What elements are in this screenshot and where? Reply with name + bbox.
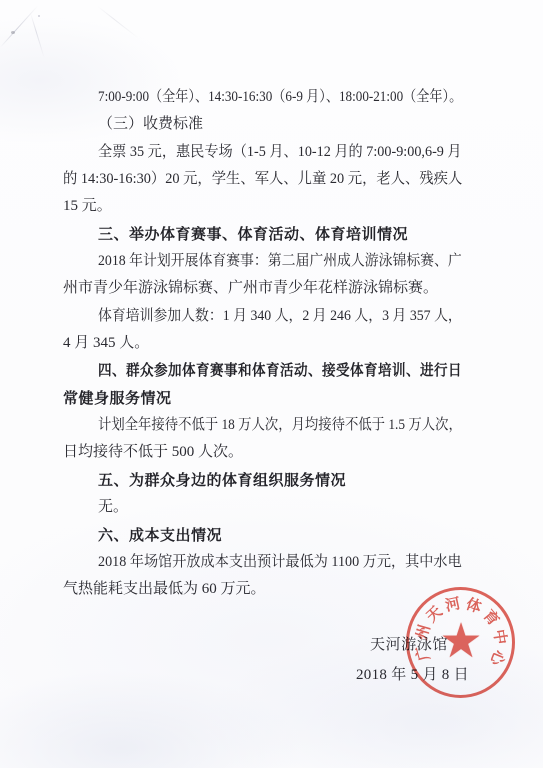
text-line: 15 元。 <box>63 193 462 220</box>
paper-crease <box>97 6 139 39</box>
section-heading: 六、成本支出情况 <box>63 522 462 549</box>
text-line: 2018 年计划开展体育赛事：第二届广州成人游泳锦标赛、广 <box>63 248 462 275</box>
scanned-document-page: 7:00-9:00（全年）、14:30-16:30（6-9 月）、18:00-2… <box>0 0 543 768</box>
text-line: 的 14:30-16:30）20 元，学生、军人、儿童 20 元，老人、残疾人 <box>63 166 462 193</box>
section-heading: 四、群众参加体育赛事和体育活动、接受体育培训、进行日 <box>63 357 462 384</box>
text-line: 无。 <box>63 494 462 521</box>
scan-speck <box>11 31 15 34</box>
section-heading: 三、举办体育赛事、体育活动、体育培训情况 <box>63 221 462 248</box>
official-seal: ★ 广 州 天 河 体 育 中 心 <box>386 568 536 718</box>
scan-speck <box>38 15 40 17</box>
paper-crease <box>30 13 45 58</box>
section-heading: 常健身服务情况 <box>63 385 462 412</box>
text-line: 全票 35 元，惠民专场（1-5 月、10-12 月的 7:00-9:00,6-… <box>63 139 462 166</box>
text-line: 4 月 345 人。 <box>63 330 462 357</box>
paper-crease <box>0 5 38 47</box>
text-line: 7:00-9:00（全年）、14:30-16:30（6-9 月）、18:00-2… <box>63 84 462 111</box>
text-line: 体育培训参加人数：1 月 340 人，2 月 246 人，3 月 357 人， <box>63 303 462 330</box>
section-heading: 五、为群众身边的体育组织服务情况 <box>63 467 462 494</box>
document-body: 7:00-9:00（全年）、14:30-16:30（6-9 月）、18:00-2… <box>63 84 462 604</box>
text-line: （三）收费标准 <box>63 111 462 138</box>
text-line: 州市青少年游泳锦标赛、广州市青少年花样游泳锦标赛。 <box>63 275 462 302</box>
text-line: 日均接待不低于 500 人次。 <box>63 439 462 466</box>
seal-star-icon: ★ <box>439 617 482 665</box>
text-line: 计划全年接待不低于 18 万人次，月均接待不低于 1.5 万人次， <box>63 412 462 439</box>
